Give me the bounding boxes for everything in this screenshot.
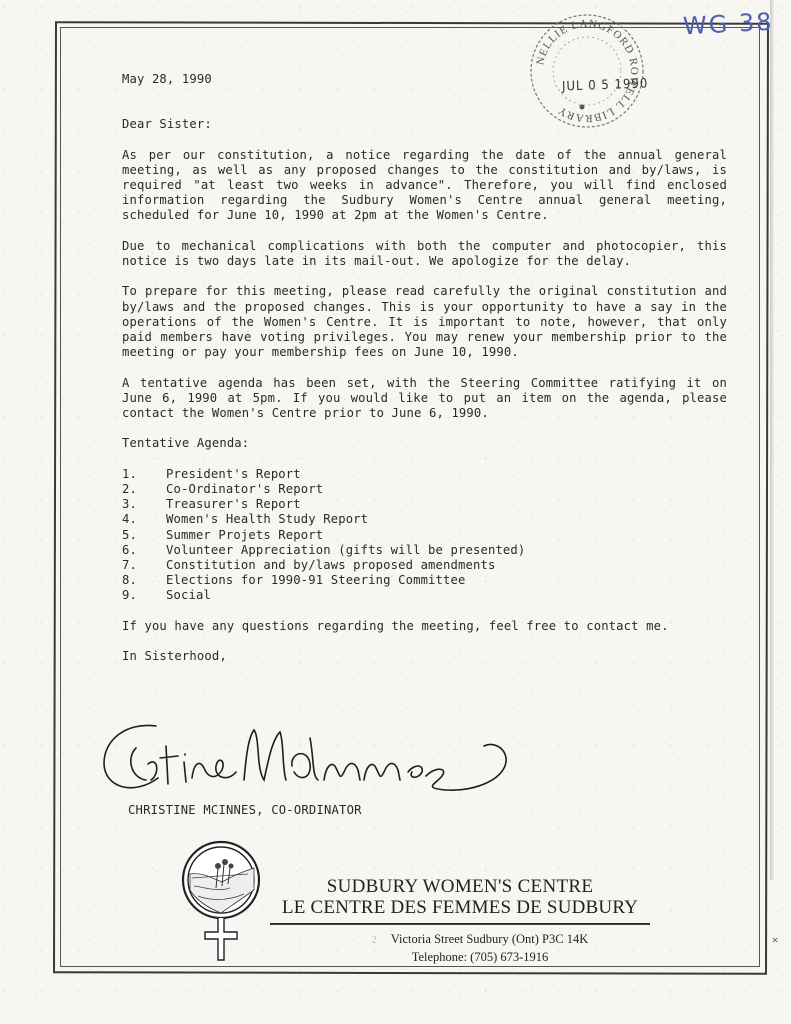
signer-name-title: CHRISTINE MCINNES, CO-ORDINATOR — [128, 803, 362, 817]
agenda-item: 5.Summer Projets Report — [122, 528, 727, 543]
letter-body: May 28, 1990 Dear Sister: As per our con… — [122, 72, 727, 680]
agenda-heading: Tentative Agenda: — [122, 436, 727, 451]
scan-edge-shadow — [770, 0, 774, 880]
agenda-item: 9.Social — [122, 588, 727, 603]
letterhead: SUDBURY WOMEN'S CENTRE LE CENTRE DES FEM… — [270, 876, 650, 965]
agenda-item: 2.Co-Ordinator's Report — [122, 482, 727, 497]
paragraph-agenda-intro: A tentative agenda has been set, with th… — [122, 376, 727, 422]
paragraph-prepare: To prepare for this meeting, please read… — [122, 284, 727, 360]
org-address: 2Victoria Street Sudbury (Ont) P3C 14K — [270, 931, 650, 949]
agenda-item: 6.Volunteer Appreciation (gifts will be … — [122, 543, 727, 558]
scan-margin-mark: ✕ — [772, 935, 778, 946]
letter-date: May 28, 1990 — [122, 72, 727, 87]
street-number: 2 — [372, 935, 377, 946]
org-name-english: SUDBURY WOMEN'S CENTRE — [270, 876, 650, 897]
handwritten-signature-icon — [96, 718, 516, 798]
agenda-item: 7.Constitution and by/laws proposed amen… — [122, 558, 727, 573]
closing-paragraph: If you have any questions regarding the … — [122, 619, 727, 634]
org-telephone: Telephone: (705) 673-1916 — [270, 949, 650, 965]
letterhead-rule — [270, 923, 650, 925]
agenda-item: 8.Elections for 1990-91 Steering Committ… — [122, 573, 727, 588]
paragraph-notice: As per our constitution, a notice regard… — [122, 148, 727, 224]
handwritten-catalog-code: WG 38 — [682, 8, 774, 41]
agenda-item: 4.Women's Health Study Report — [122, 512, 727, 527]
agenda-item: 1.President's Report — [122, 467, 727, 482]
paragraph-delay: Due to mechanical complications with bot… — [122, 239, 727, 269]
agenda-item: 3.Treasurer's Report — [122, 497, 727, 512]
agenda-list: 1.President's Report 2.Co-Ordinator's Re… — [122, 467, 727, 604]
salutation: Dear Sister: — [122, 117, 727, 132]
venus-symbol-logo-icon — [178, 838, 264, 964]
valediction: In Sisterhood, — [122, 649, 727, 664]
org-name-french: LE CENTRE DES FEMMES DE SUDBURY — [270, 897, 650, 918]
